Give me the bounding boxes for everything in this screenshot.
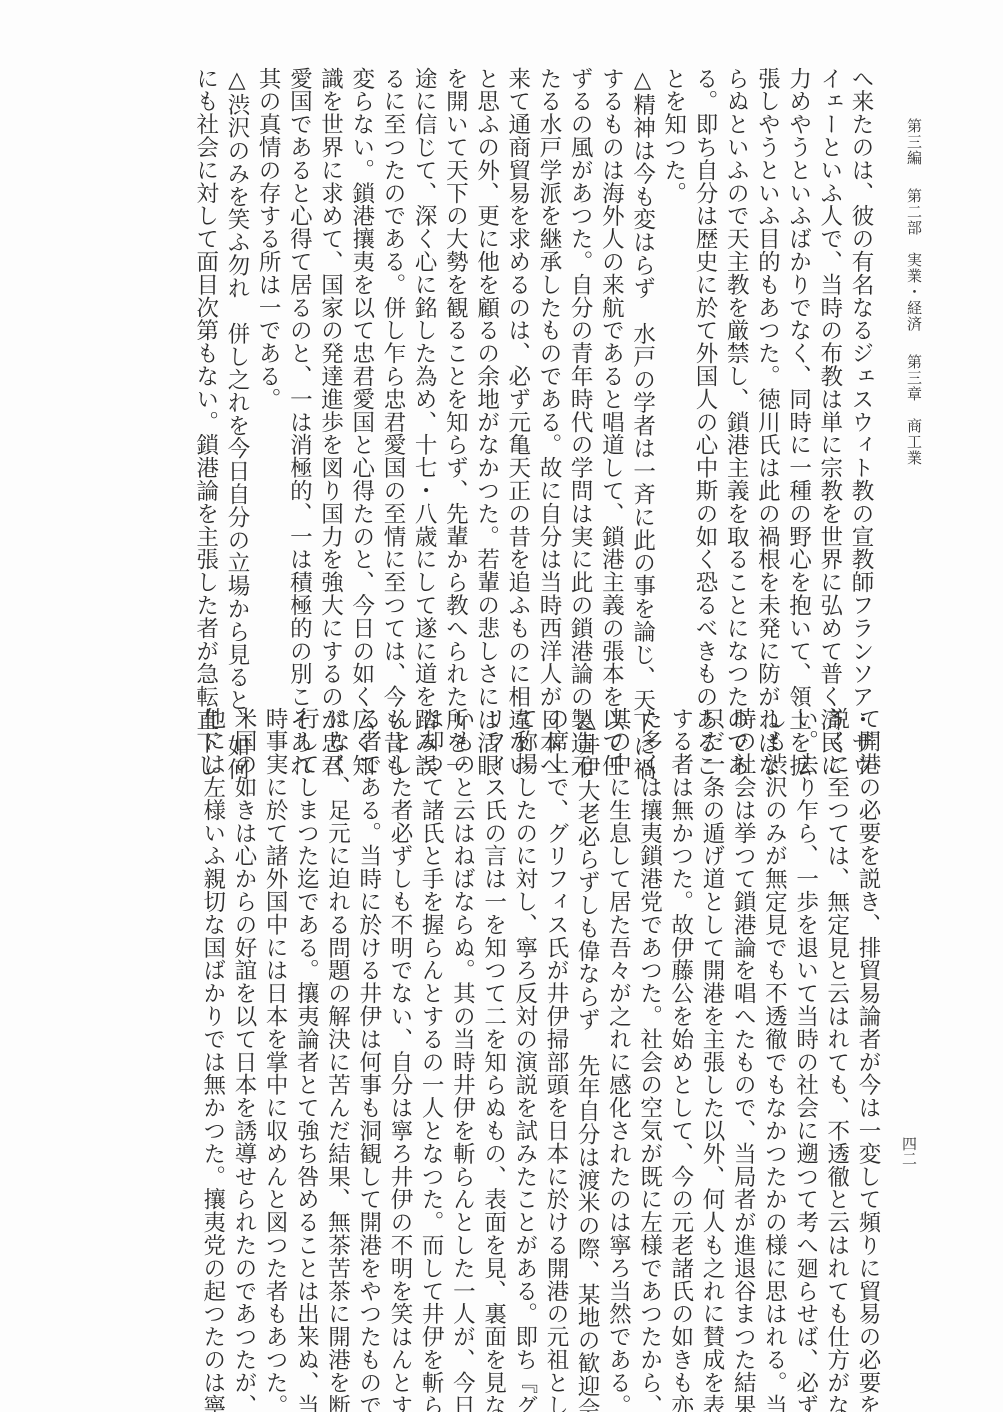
text-line: たる水戸学派を継承したものである。故に自分は当時西洋人が日本へ bbox=[533, 67, 564, 665]
text-line: 時事実に於て諸外国中には日本を掌中に収めんと図つた者もあつた。 bbox=[259, 707, 290, 1305]
header-chapter: 第三章 商工業 bbox=[905, 354, 923, 466]
text-line: しも渋沢のみが無定見でも不透徹でもなかつたかの様に思はれる。当 bbox=[758, 707, 789, 1305]
text-line: へ来たのは、彼の有名なるジェスウィト教の宣教師フランソア・ザウ bbox=[845, 67, 876, 665]
text-line: い。去り乍ら、一歩を退いて当時の社会に遡つて考へ廻らせば、必ず bbox=[789, 707, 820, 1305]
running-header: 第三編第二部 実業・経済第三章 商工業 bbox=[898, 118, 930, 658]
text-line: リフィス氏の言は一を知つて二を知らぬもの、表面を見、裏面を見な bbox=[477, 707, 508, 1305]
text-line: 力めやうといふばかりでなく、同時に一種の野心を抱いて、領土を拡 bbox=[782, 67, 813, 665]
text-line: 其の真情の存する所は一である。 bbox=[252, 67, 283, 665]
text-line: 来て通商貿易を求めるのは、必ず元亀天正の昔を追ふものに相違ない bbox=[502, 67, 533, 665]
text-line: イェーといふ人で、当時の布教は単に宗教を世界に弘めて普く済民に bbox=[814, 67, 845, 665]
text-line: 愛国であると心得て居るのと、一は消極的、一は積極的の別こそあれ bbox=[283, 67, 314, 665]
text-line: 米国の如きは心からの好誼を以て日本を誘導せられたのであつたが、 bbox=[228, 707, 259, 1305]
text-line: 途に信じて、深く心に銘した為め、十七・八歳にして遂に道を踏み誤 bbox=[408, 67, 439, 665]
document-page: 第三編第二部 実業・経済第三章 商工業 へ来たのは、彼の有名なるジェスウィト教の… bbox=[0, 0, 1003, 1412]
header-part: 第三編 bbox=[905, 118, 923, 166]
text-line: ずるの風があつた。自分の青年時代の学問は実に此の鎖港論の製造元 bbox=[564, 67, 595, 665]
page-number: 四二 bbox=[896, 1136, 920, 1166]
text-line: と思ふの外、更に他を顧るの余地がなかつた。若輩の悲しさには活眼 bbox=[470, 67, 501, 665]
text-line: するものは海外人の来航であると唱道して、鎖港主義の張本を以て任 bbox=[595, 67, 626, 665]
text-line: 行してしまつた迄である。攘夷論者とて強ち咎めることは出来ぬ、当 bbox=[290, 707, 321, 1305]
text-line: にも社会に対して面目次第もない。鎖港論を主張した者が急転直下し bbox=[190, 67, 221, 665]
section-heading-line: △井伊大老必らずしも偉ならず 先年自分は渡米の際、某地の歓迎会 bbox=[571, 707, 602, 1305]
text-block-bottom: て開港の必要を説き、排貿易論者が今は一変して頻りに貿易の必要を 説くに至つては、… bbox=[68, 707, 883, 1305]
text-line: た多くは攘夷鎖港党であつた。社会の空気が既に左様であつたから、 bbox=[633, 707, 664, 1305]
text-line: は却つて諸氏と手を握らんとするの一人となつた。而して井伊を斬ら bbox=[415, 707, 446, 1305]
section-heading-line: △精神は今も変はらず 水戸の学者は一斉に此の事を論じ、天下に禍 bbox=[626, 67, 657, 665]
text-line: 張しやうといふ目的もあつた。徳川氏は此の禍根を未発に防がねばな bbox=[751, 67, 782, 665]
text-line: の席上で、グリフィス氏が井伊掃部頭を日本に於ける開港の元祖とし bbox=[540, 707, 571, 1305]
scan-speck bbox=[301, 1326, 304, 1330]
text-line: はなく、足元に迫れる問題の解決に苦んだ結果、無茶苦茶に開港を断 bbox=[321, 707, 352, 1305]
text-line: 説くに至つては、無定見と云はれても、不透徹と云はれても仕方がな bbox=[821, 707, 852, 1305]
text-line: いものと云はねばならぬ。其の当時井伊を斬らんとした一人が、今日 bbox=[446, 707, 477, 1305]
text-line: する者は無かつた。故伊藤公を始めとして、今の元老諸氏の如きも亦 bbox=[665, 707, 696, 1305]
text-line: るに至つたのである。併し乍ら忠君愛国の至情に至つては、今も昔も bbox=[377, 67, 408, 665]
text-line: 其の中に生息して居た吾々が之れに感化されたのは寧ろ当然である。 bbox=[602, 707, 633, 1305]
text-block-top: へ来たのは、彼の有名なるジェスウィト教の宣教師フランソア・ザウ イェーといふ人で… bbox=[68, 67, 876, 665]
text-line: る。即ち自分は歴史に於て外国人の心中斯の如く恐るべきものあるこ bbox=[689, 67, 720, 665]
text-line: て開港の必要を説き、排貿易論者が今は一変して頻りに貿易の必要を bbox=[852, 707, 883, 1305]
text-line: を開いて天下の大勢を観ることを知らず、先輩から教へられた所を一 bbox=[439, 67, 470, 665]
section-heading-line: △渋沢のみを笑ふ勿れ 併し之れを今日自分の立場から見ると、如何 bbox=[221, 67, 252, 665]
text-line: 只だ一条の遁げ道として開港を主張した以外、何人も之れに賛成を表 bbox=[696, 707, 727, 1305]
text-line: て称揚したのに対し、寧ろ反対の演説を試みたことがある。即ち『グ bbox=[509, 707, 540, 1305]
header-section: 第二部 実業・経済 bbox=[905, 188, 923, 332]
text-line: らぬといふので天主教を厳禁し、鎖港主義を取ることになつたのであ bbox=[720, 67, 751, 665]
text-line: 変らない。鎖港攘夷を以て忠君愛国と心得たのと、今日の如く広く知 bbox=[346, 67, 377, 665]
text-line: 他には左様いふ親切な国ばかりでは無かつた。攘夷党の起つたのは寧 bbox=[197, 707, 228, 1305]
text-line: 時の社会は挙つて鎖港論を唱へたもので、当局者が進退谷まつた結果 bbox=[727, 707, 758, 1305]
text-line: とを知つた。 bbox=[658, 67, 689, 665]
text-line: 識を世界に求めて、国家の発達進歩を図り国力を強大にするのが忠君 bbox=[314, 67, 345, 665]
text-line: んとした者必ずしも不明でない、自分は寧ろ井伊の不明を笑はんとす bbox=[384, 707, 415, 1305]
text-line: る者である。当時に於ける井伊は何事も洞観して開港をやつたもので bbox=[353, 707, 384, 1305]
